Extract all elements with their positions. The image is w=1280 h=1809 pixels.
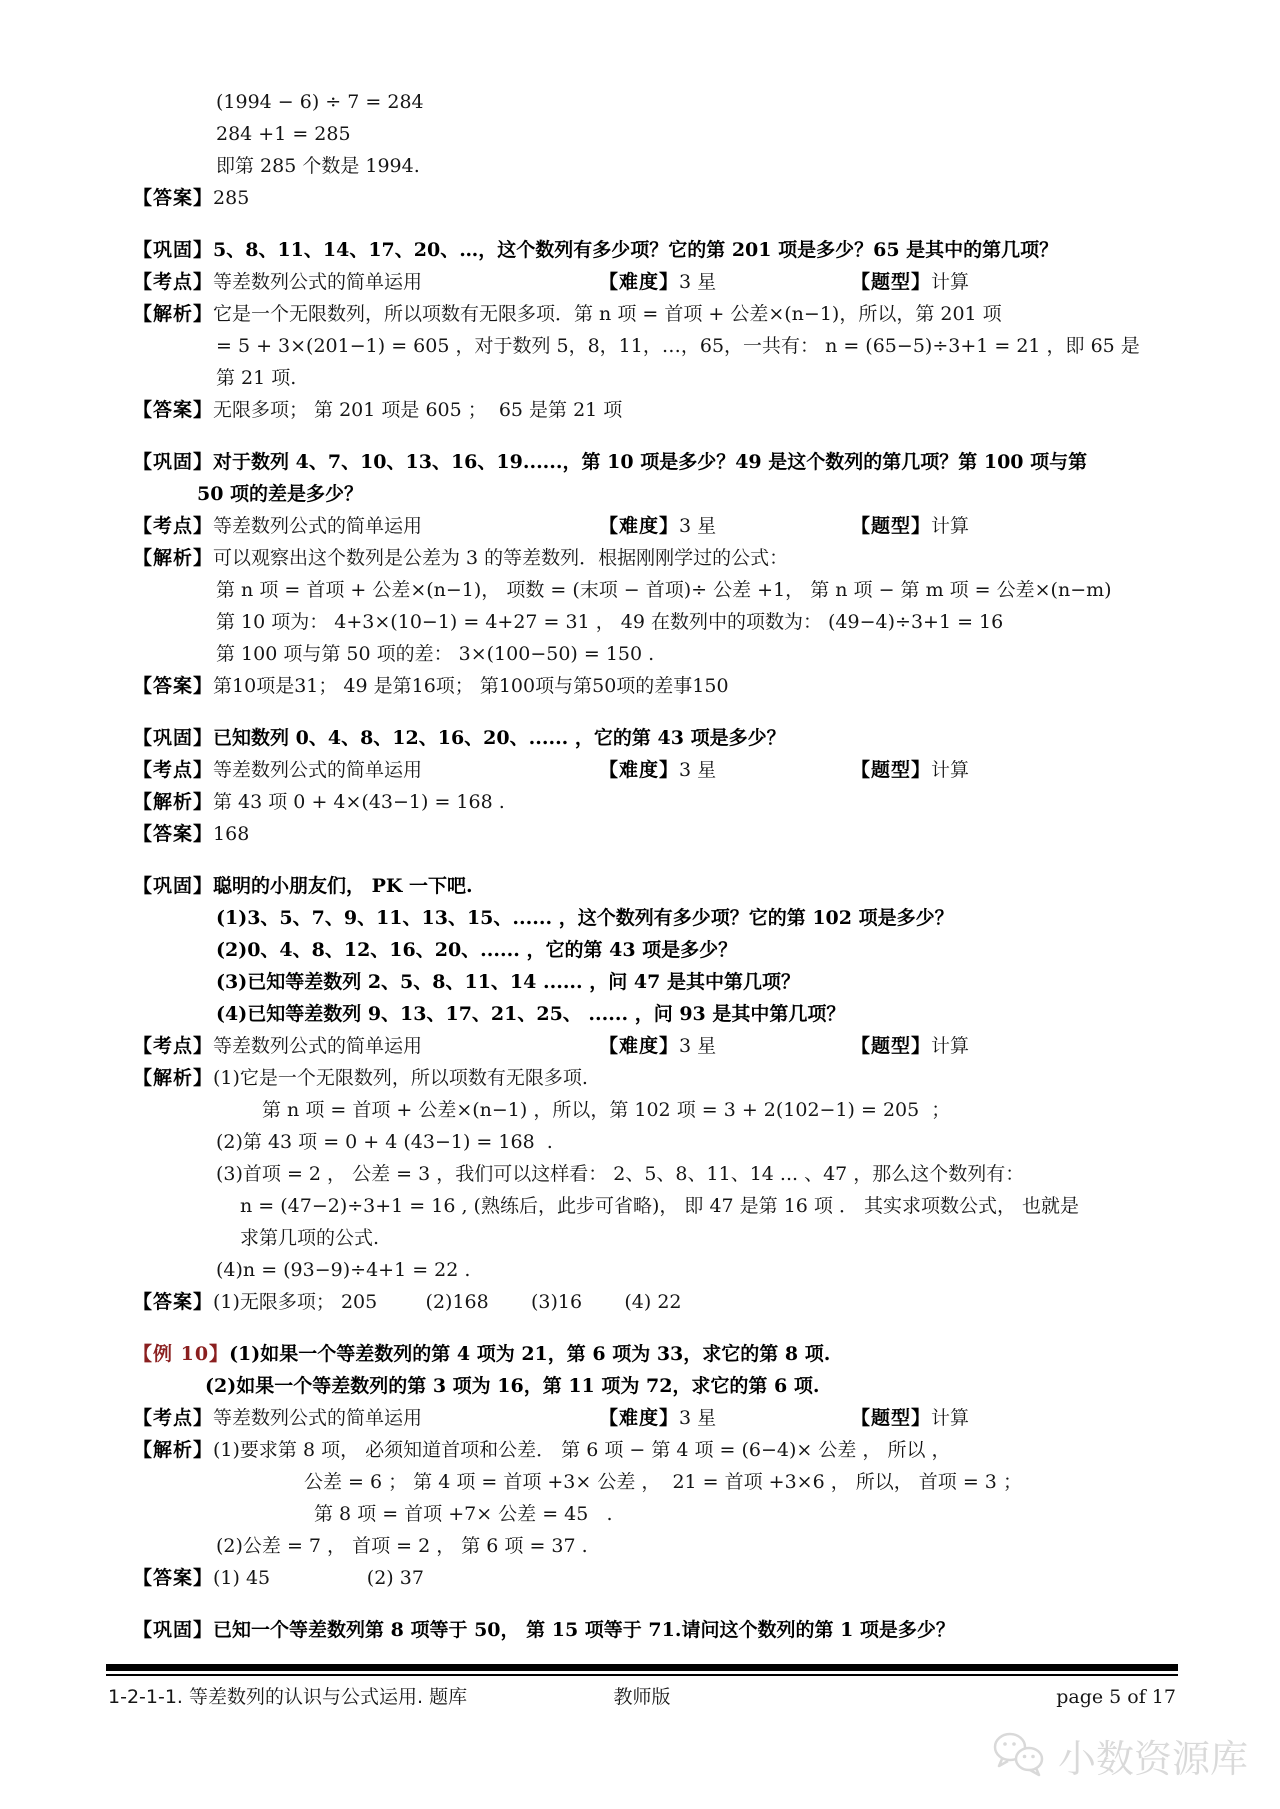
block-label: 【答案】 (133, 1291, 213, 1313)
meta-type: 【题型】计算 (851, 510, 969, 542)
doc-line: 第 8 项 = 首项 +7× 公差 = 45 . (0, 1498, 1280, 1530)
meta-type: 【题型】计算 (851, 1030, 969, 1062)
block-label: 【解析】 (133, 791, 213, 813)
meta-topic: 【考点】等差数列公式的简单运用 (133, 510, 422, 542)
doc-section: 【巩固】已知一个等差数列第 8 项等于 50， 第 15 项等于 71.请问这个… (0, 1614, 1280, 1646)
doc-line: (2)如果一个等差数列的第 3 项为 16，第 11 项为 72，求它的第 6 … (0, 1370, 1280, 1402)
line-text: 168 (213, 823, 249, 845)
doc-section: 【巩固】对于数列 4、7、10、13、16、19......，第 10 项是多少… (0, 446, 1280, 702)
meta-difficulty: 【难度】3 星 (599, 510, 716, 542)
watermark-label: 小数资源库 (1058, 1728, 1248, 1783)
block-label: 【解析】 (133, 547, 213, 569)
line-text: (1)无限多项； 205 (2)168 (3)16 (4) 22 (213, 1291, 682, 1313)
document-page: (1994 − 6) ÷ 7 = 284284 +1 = 285即第 285 个… (0, 0, 1280, 1809)
line-text: 5、8、11、14、17、20、…，这个数列有多少项？它的第 201 项是多少？… (213, 239, 1058, 261)
doc-line: (2)公差 = 7 ， 首项 = 2 ， 第 6 项 = 37 . (0, 1530, 1280, 1562)
meta-row: 【考点】等差数列公式的简单运用【难度】3 星【题型】计算 (0, 1030, 1280, 1062)
line-text: 第10项是31； 49 是第16项； 第100项与第50项的差事150 (213, 675, 729, 697)
meta-type-label: 【题型】 (851, 271, 931, 293)
doc-line: 【解析】(1)要求第 8 项， 必须知道首项和公差． 第 6 项 − 第 4 项… (0, 1434, 1280, 1466)
doc-line: (1)3、5、7、9、11、13、15、...... ，这个数列有多少项？它的第… (0, 902, 1280, 934)
meta-type-label: 【题型】 (851, 515, 931, 537)
doc-line: 【巩固】对于数列 4、7、10、13、16、19......，第 10 项是多少… (0, 446, 1280, 478)
meta-difficulty: 【难度】3 星 (599, 266, 716, 298)
block-label: 【解析】 (133, 1439, 213, 1461)
doc-line: 【巩固】已知一个等差数列第 8 项等于 50， 第 15 项等于 71.请问这个… (0, 1614, 1280, 1646)
meta-topic-label: 【考点】 (133, 271, 213, 293)
doc-line: 【巩固】聪明的小朋友们， PK 一下吧. (0, 870, 1280, 902)
meta-row: 【考点】等差数列公式的简单运用【难度】3 星【题型】计算 (0, 510, 1280, 542)
line-text: 聪明的小朋友们， PK 一下吧. (213, 875, 473, 897)
doc-line: 【答案】无限多项； 第 201 项是 605 ； 65 是第 21 项 (0, 394, 1280, 426)
block-label: 【答案】 (133, 1567, 213, 1589)
doc-line: 【答案】168 (0, 818, 1280, 850)
doc-line: 第 n 项 = 首项 + 公差×(n−1) ，所以，第 102 项 = 3 + … (0, 1094, 1280, 1126)
block-label: 【巩固】 (133, 875, 213, 897)
doc-line: 50 项的差是多少？ (0, 478, 1280, 510)
line-text: (1)要求第 8 项， 必须知道首项和公差． 第 6 项 − 第 4 项 = (… (213, 1439, 951, 1461)
meta-topic-label: 【考点】 (133, 515, 213, 537)
meta-difficulty-label: 【难度】 (599, 515, 679, 537)
doc-line: 第 100 项与第 50 项的差： 3×(100−50) = 150 . (0, 638, 1280, 670)
block-label: 【巩固】 (133, 451, 213, 473)
wechat-logo-icon (992, 1730, 1048, 1780)
doc-line: 求第几项的公式. (0, 1222, 1280, 1254)
line-text: (1)如果一个等差数列的第 4 项为 21，第 6 项为 33，求它的第 8 项… (229, 1343, 830, 1365)
line-text: 第 43 项 0 + 4×(43−1) = 168 . (213, 791, 505, 813)
doc-line: 即第 285 个数是 1994. (0, 150, 1280, 182)
meta-type-label: 【题型】 (851, 1407, 931, 1429)
line-text: (1) 45 (2) 37 (213, 1567, 424, 1589)
line-text: 对于数列 4、7、10、13、16、19......，第 10 项是多少？49 … (213, 451, 1087, 473)
meta-topic-label: 【考点】 (133, 1407, 213, 1429)
doc-line: 【例 10】(1)如果一个等差数列的第 4 项为 21，第 6 项为 33，求它… (0, 1338, 1280, 1370)
meta-difficulty-label: 【难度】 (599, 1035, 679, 1057)
doc-line: 【解析】可以观察出这个数列是公差为 3 的等差数列．根据刚刚学过的公式： (0, 542, 1280, 574)
doc-line: (2)第 43 项 = 0 + 4 (43−1) = 168 . (0, 1126, 1280, 1158)
block-label: 【答案】 (133, 399, 213, 421)
line-text: 可以观察出这个数列是公差为 3 的等差数列．根据刚刚学过的公式： (213, 547, 788, 569)
meta-row: 【考点】等差数列公式的简单运用【难度】3 星【题型】计算 (0, 266, 1280, 298)
doc-section: 【巩固】5、8、11、14、17、20、…，这个数列有多少项？它的第 201 项… (0, 234, 1280, 426)
doc-line: (3)已知等差数列 2、5、8、11、14 ...... ，问 47 是其中第几… (0, 966, 1280, 998)
block-label: 【巩固】 (133, 1619, 213, 1641)
watermark: 小数资源库 (992, 1726, 1248, 1784)
meta-difficulty-label: 【难度】 (599, 271, 679, 293)
doc-section: (1994 − 6) ÷ 7 = 284284 +1 = 285即第 285 个… (0, 86, 1280, 214)
doc-line: = 5 + 3×(201−1) = 605 ，对于数列 5，8，11，…，65，… (0, 330, 1280, 362)
document-body: (1994 − 6) ÷ 7 = 284284 +1 = 285即第 285 个… (0, 86, 1280, 1666)
doc-line: 【答案】(1) 45 (2) 37 (0, 1562, 1280, 1594)
doc-line: 公差 = 6 ； 第 4 项 = 首项 +3× 公差 ， 21 = 首项 +3×… (0, 1466, 1280, 1498)
footer-edition-label: 教师版 (613, 1684, 670, 1710)
meta-type-label: 【题型】 (851, 1035, 931, 1057)
meta-topic-label: 【考点】 (133, 759, 213, 781)
meta-type: 【题型】计算 (851, 266, 969, 298)
doc-line: (4)n = (93−9)÷4+1 = 22 . (0, 1254, 1280, 1286)
block-label: 【巩固】 (133, 727, 213, 749)
doc-line: 【解析】第 43 项 0 + 4×(43−1) = 168 . (0, 786, 1280, 818)
doc-line: 第 n 项 = 首项 + 公差×(n−1)， 项数 = (末项 − 首项)÷ 公… (0, 574, 1280, 606)
doc-line: (1994 − 6) ÷ 7 = 284 (0, 86, 1280, 118)
meta-topic-label: 【考点】 (133, 1035, 213, 1057)
line-text: (1)它是一个无限数列，所以项数有无限多项. (213, 1067, 588, 1089)
example-label: 【例 10】 (133, 1343, 229, 1365)
doc-section: 【例 10】(1)如果一个等差数列的第 4 项为 21，第 6 项为 33，求它… (0, 1338, 1280, 1594)
doc-line: (2)0、4、8、12、16、20、...... ，它的第 43 项是多少？ (0, 934, 1280, 966)
doc-line: 【解析】(1)它是一个无限数列，所以项数有无限多项. (0, 1062, 1280, 1094)
doc-line: 【解析】它是一个无限数列，所以项数有无限多项．第 n 项 = 首项 + 公差×(… (0, 298, 1280, 330)
footer-divider (106, 1664, 1178, 1676)
meta-topic: 【考点】等差数列公式的简单运用 (133, 266, 422, 298)
footer-page-number: page 5 of 17 (1056, 1684, 1176, 1710)
doc-line: 【答案】(1)无限多项； 205 (2)168 (3)16 (4) 22 (0, 1286, 1280, 1318)
meta-difficulty-label: 【难度】 (599, 759, 679, 781)
meta-row: 【考点】等差数列公式的简单运用【难度】3 星【题型】计算 (0, 754, 1280, 786)
footer-divider-thin-line (106, 1674, 1178, 1676)
block-label: 【答案】 (133, 675, 213, 697)
footer-divider-thick-line (106, 1664, 1178, 1671)
doc-line: n = (47−2)÷3+1 = 16 , (熟练后，此步可省略)， 即 47 … (0, 1190, 1280, 1222)
meta-type: 【题型】计算 (851, 1402, 969, 1434)
line-text: 已知数列 0、4、8、12、16、20、...... ，它的第 43 项是多少？ (213, 727, 786, 749)
meta-row: 【考点】等差数列公式的简单运用【难度】3 星【题型】计算 (0, 1402, 1280, 1434)
meta-difficulty-label: 【难度】 (599, 1407, 679, 1429)
block-label: 【答案】 (133, 823, 213, 845)
meta-difficulty: 【难度】3 星 (599, 754, 716, 786)
line-text: 已知一个等差数列第 8 项等于 50， 第 15 项等于 71.请问这个数列的第… (213, 1619, 955, 1641)
doc-line: (3)首项 = 2 ， 公差 = 3 ，我们可以这样看： 2、5、8、11、14… (0, 1158, 1280, 1190)
block-label: 【解析】 (133, 303, 213, 325)
line-text: 无限多项； 第 201 项是 605 ； 65 是第 21 项 (213, 399, 622, 421)
doc-line: 【巩固】已知数列 0、4、8、12、16、20、...... ，它的第 43 项… (0, 722, 1280, 754)
page-footer: 1-2-1-1. 等差数列的认识与公式运用. 题库 教师版 page 5 of … (106, 1684, 1178, 1710)
footer-document-title: 1-2-1-1. 等差数列的认识与公式运用. 题库 (108, 1684, 467, 1710)
meta-type-label: 【题型】 (851, 759, 931, 781)
block-label: 【答案】 (133, 187, 213, 209)
line-text: 285 (213, 187, 249, 209)
doc-section: 【巩固】聪明的小朋友们， PK 一下吧.(1)3、5、7、9、11、13、15、… (0, 870, 1280, 1318)
doc-section: 【巩固】已知数列 0、4、8、12、16、20、...... ，它的第 43 项… (0, 722, 1280, 850)
doc-line: 284 +1 = 285 (0, 118, 1280, 150)
block-label: 【巩固】 (133, 239, 213, 261)
meta-topic: 【考点】等差数列公式的简单运用 (133, 754, 422, 786)
doc-line: 第 21 项. (0, 362, 1280, 394)
meta-difficulty: 【难度】3 星 (599, 1402, 716, 1434)
block-label: 【解析】 (133, 1067, 213, 1089)
line-text: 它是一个无限数列，所以项数有无限多项．第 n 项 = 首项 + 公差×(n−1)… (213, 303, 1002, 325)
meta-difficulty: 【难度】3 星 (599, 1030, 716, 1062)
meta-topic: 【考点】等差数列公式的简单运用 (133, 1402, 422, 1434)
doc-line: 第 10 项为： 4+3×(10−1) = 4+27 = 31 ， 49 在数列… (0, 606, 1280, 638)
meta-topic: 【考点】等差数列公式的简单运用 (133, 1030, 422, 1062)
doc-line: (4)已知等差数列 9、13、17、21、25、 ...... ，问 93 是其… (0, 998, 1280, 1030)
doc-line: 【巩固】5、8、11、14、17、20、…，这个数列有多少项？它的第 201 项… (0, 234, 1280, 266)
doc-line: 【答案】285 (0, 182, 1280, 214)
doc-line: 【答案】第10项是31； 49 是第16项； 第100项与第50项的差事150 (0, 670, 1280, 702)
meta-type: 【题型】计算 (851, 754, 969, 786)
